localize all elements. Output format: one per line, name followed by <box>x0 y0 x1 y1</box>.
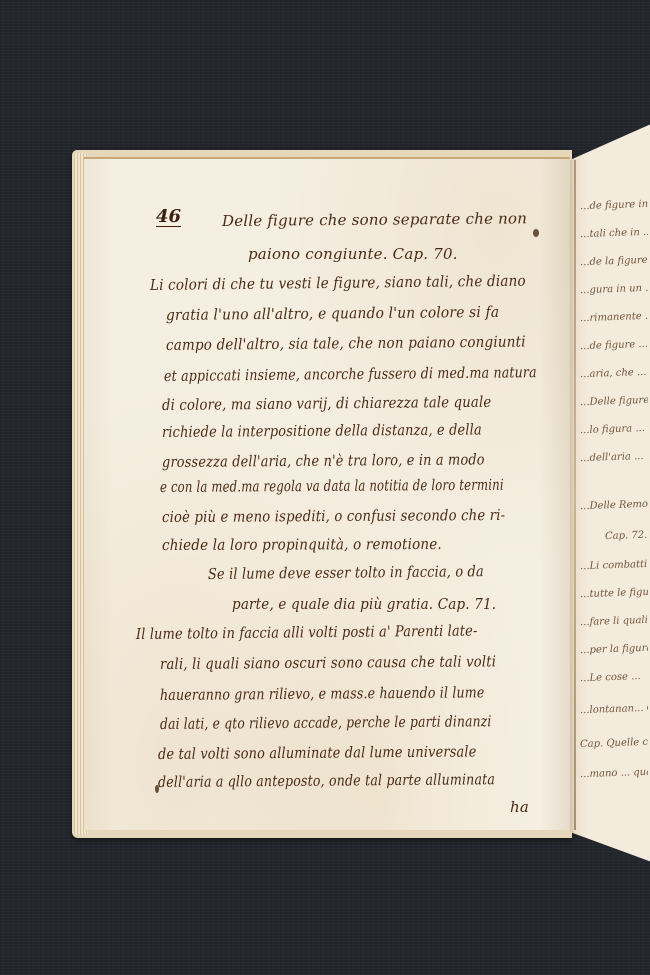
paragraph-1-line-3: campo dell'altro, sia tale, che non paia… <box>166 333 526 354</box>
open-manuscript-book: 46 Delle figure che sono separate che no… <box>0 0 650 975</box>
catchword: ha <box>510 798 529 816</box>
paragraph-2-line-5: de tal volti sono alluminate dal lume un… <box>158 742 477 763</box>
paragraph-2-line-6: dell'aria a qllo anteposto, onde tal par… <box>158 770 495 791</box>
paragraph-2-line-1: Il lume tolto in faccia alli volti posti… <box>136 622 478 643</box>
paragraph-1-line-10: chiede la loro propinquità, o remotione. <box>162 535 442 554</box>
paragraph-1-line-7: grossezza dell'aria, che n'è tra loro, e… <box>162 450 485 471</box>
chapter-70-heading-line-1: Delle figure che sono separate che non <box>222 209 527 230</box>
paragraph-1-line-9: cioè più e meno ispediti, o confusi seco… <box>162 506 505 526</box>
paragraph-2-line-3: haueranno gran rilievo, e mass.e hauendo… <box>160 683 485 704</box>
right-page-line: Cap. 72. <box>605 529 650 542</box>
ink-blot <box>533 229 539 237</box>
page-number: 46 <box>156 208 181 227</box>
chapter-70-heading-line-2: paiono congiunte. Cap. 70. <box>248 245 458 263</box>
paragraph-1-line-8: e con la med.ma regola va data la notiti… <box>160 476 504 496</box>
paragraph-2-line-2: rali, li quali siano oscuri sono causa c… <box>160 652 496 673</box>
book-gutter <box>574 160 576 830</box>
paragraph-1-line-5: di colore, ma siano varij, di chiarezza … <box>162 393 491 414</box>
ink-blot <box>155 785 159 793</box>
chapter-71-heading-line-2: parte, e quale dia più gratia. Cap. 71. <box>232 595 496 613</box>
paragraph-2-line-4: dai lati, e qto rilievo accade, perche l… <box>160 712 492 733</box>
paragraph-1-line-2: gratia l'uno all'altro, e quando l'un co… <box>166 303 499 324</box>
paragraph-1-line-6: richiede la interpositione della distanz… <box>162 420 482 441</box>
chapter-71-heading-line-1: Se il lume deve esser tolto in faccia, o… <box>208 562 484 583</box>
